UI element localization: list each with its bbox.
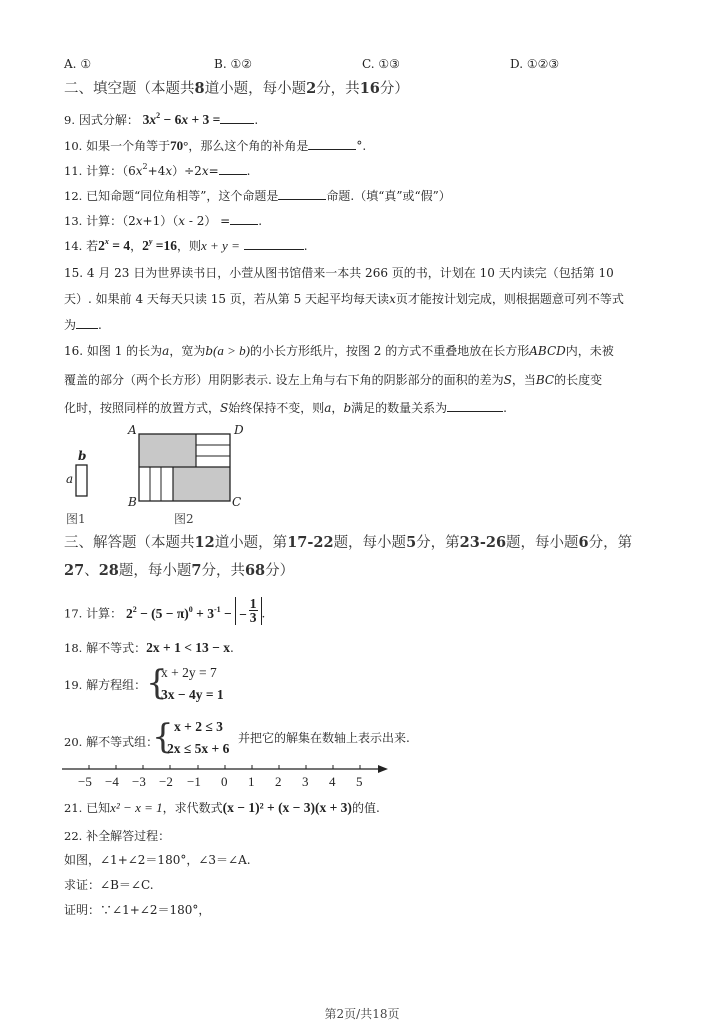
question-12: 12. 已知命题“同位角相等”，这个命题是命题.（填“真”或“假”） [64,187,451,204]
figure-1-caption: 图1 [66,510,86,527]
question-20-instruction: 并把它的解集在数轴上表示出来. [238,730,410,746]
answer-blank[interactable] [244,237,304,250]
question-17: 17. 计算： 22 − (5 − π)0 + 3-1 − −13. [64,600,265,630]
question-16-line-3: 化时，按照同样的放置方式，S始终保持不变，则a，b满足的数量关系为. [64,399,507,416]
answer-blank[interactable] [219,162,247,175]
option-a: A. ① [64,57,91,71]
question-22-proof: 证明：∵∠1+∠2＝180°， [64,902,210,918]
question-15-line-3: 为. [64,316,102,333]
label-a: a [66,472,73,486]
answer-blank[interactable] [278,187,326,200]
question-20: 20. 解不等式组： [64,734,158,750]
question-15-line-1: 15. 4 月 23 日为世界读书日，小萱从图书馆借来一本共 266 页的书，计… [64,265,614,281]
question-19: 19. 解方程组： [64,677,146,693]
question-13: 13. 计算：（2x+1）（x - 2） =. [64,212,262,229]
answer-blank[interactable] [76,316,98,329]
fraction: 13 [249,597,258,625]
question-15-line-2: 天）. 如果前 4 天每天只读 15 页，若从第 5 天起平均每天读x页才能按计… [64,291,624,307]
question-22-title: 22. 补全解答过程： [64,828,170,844]
question-18: 18. 解不等式：2x + 1 < 13 − x. [64,640,234,656]
answer-blank[interactable] [230,212,258,225]
option-c: C. ①③ [362,57,400,71]
figure-q16: b a A D B C 图1 图2 [60,420,260,528]
number-line: −5 −4 −3 −2 −1 0 1 2 3 4 5 [62,762,392,792]
absolute-value: −13 [235,597,261,625]
section-2-heading: 二、填空题（本题共8道小题，每小题2分，共16分） [64,79,409,99]
vertex-b: B [128,495,137,509]
question-10: 10. 如果一个角等于70°，那么这个角的补角是°. [64,137,366,154]
page-footer: 第2页/共18页 [0,1005,724,1022]
question-22-prove: 求证：∠B＝∠C. [64,877,154,893]
answer-blank[interactable] [220,111,254,124]
label-b: b [78,449,86,463]
question-21: 21. 已知x² − x = 1，求代数式(x − 1)² + (x − 3)(… [64,800,380,816]
question-16-line-2: 覆盖的部分（两个长方形）用阴影表示. 设左上角与右下角的阴影部分的面积的差为S，… [64,372,602,388]
question-16-line-1: 16. 如图 1 的长为a，宽为b(a > b)的小长方形纸片，按图 2 的方式… [64,343,614,359]
answer-blank[interactable] [447,399,503,412]
section-3-heading-line-2: 27、28题，每小题7分，共68分） [64,561,294,581]
question-14: 14. 若2x = 4，2y =16，则x + y = . [64,237,308,254]
vertex-c: C [232,495,241,509]
figure-2-caption: 图2 [174,510,194,527]
question-9: 9. 因式分解： 3x2 − 6x + 3 =. [64,111,258,128]
vertex-d: D [234,423,244,437]
option-b: B. ①② [214,57,252,71]
answer-blank[interactable] [308,137,356,150]
option-d: D. ①②③ [510,57,559,71]
question-11: 11. 计算：（6x2+4x）÷2x=. [64,162,251,179]
section-3-heading-line-1: 三、解答题（本题共12道小题，第17-22题，每小题5分，第23-26题，每小题… [64,533,632,553]
equation-system: { x + 2y = 7 3x − 4y = 1 [146,662,266,706]
question-22-given: 如图，∠1+∠2＝180°，∠3＝∠A. [64,852,251,868]
rectangle-diagram [60,420,260,528]
vertex-a: A [128,423,137,437]
